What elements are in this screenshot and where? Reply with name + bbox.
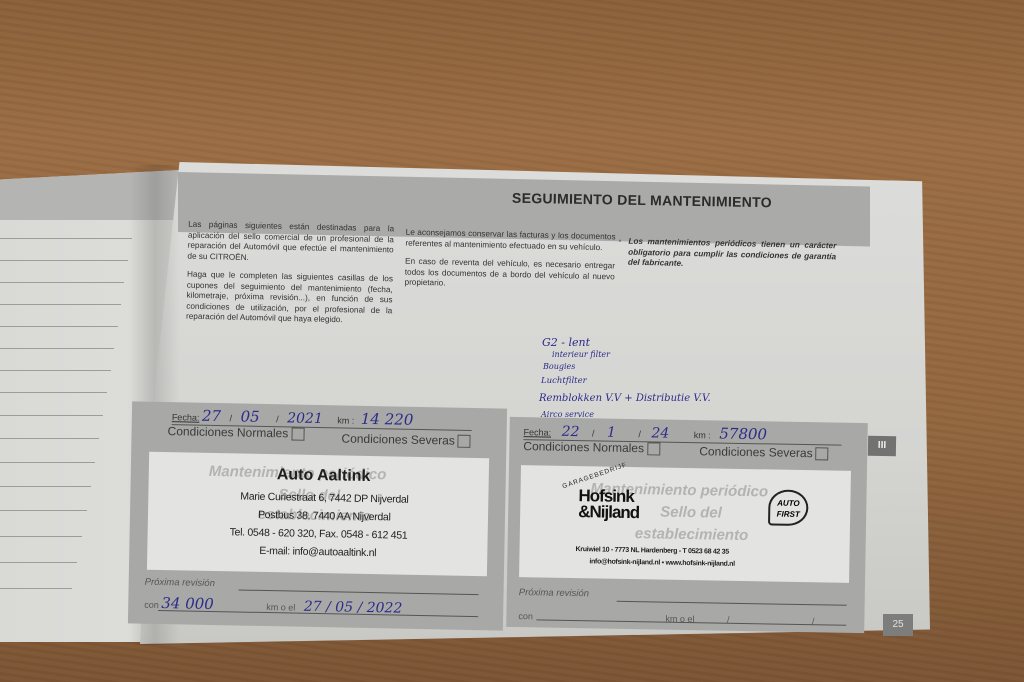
handwritten-note: G2 - lent xyxy=(542,336,590,349)
normal-conditions: Condiciones Normales xyxy=(167,424,304,441)
ruled-line xyxy=(0,326,118,327)
ruled-line xyxy=(0,536,82,537)
intro-paragraph: Le aconsejamos conservar las facturas y … xyxy=(405,228,615,254)
underline xyxy=(239,589,479,595)
intro-paragraph: Haga que le completen las siguientes cas… xyxy=(186,270,393,327)
severe-conditions-label: Condiciones Severas xyxy=(341,431,455,447)
con-label: con xyxy=(518,611,533,621)
handwritten-note: Bougies xyxy=(543,362,575,371)
date-label: Fecha: xyxy=(172,412,200,423)
next-service-row: con km o el / / xyxy=(518,607,854,629)
severe-conditions-checkbox[interactable] xyxy=(458,435,471,448)
bullet-icon: • xyxy=(618,236,621,247)
km-label: km : xyxy=(694,430,711,440)
ruled-line xyxy=(0,238,132,239)
normal-conditions-checkbox[interactable] xyxy=(291,428,304,441)
page-number: 25 xyxy=(883,614,913,636)
km-value[interactable]: 57800 xyxy=(719,425,767,444)
intro-paragraph: En caso de reventa del vehículo, es nece… xyxy=(404,257,615,293)
severe-conditions: Condiciones Severas xyxy=(341,431,471,448)
stamp-area: Mantenimiento periódico Sello del establ… xyxy=(147,452,489,577)
handwritten-note: Remblokken V.V + Distributie V.V. xyxy=(539,393,711,404)
garage-contact: info@hofsink-nijland.nl • www.hofsink-ni… xyxy=(589,558,735,568)
auto-first-badge: AUTO FIRST xyxy=(768,489,809,526)
ruled-line xyxy=(0,462,95,463)
next-service-label: Próxima revisión xyxy=(145,577,215,589)
date-label: Fecha: xyxy=(524,427,552,437)
intro-paragraph: Las páginas siguientes están destinadas … xyxy=(187,220,394,267)
date-month[interactable]: 1 xyxy=(607,425,616,441)
km-or-date-label: km o el xyxy=(266,602,295,613)
ruled-line xyxy=(0,415,103,416)
garage-address: Kruiwiel 10 - 7773 NL Hardenberg - T 052… xyxy=(575,546,728,556)
date-day[interactable]: 27 xyxy=(202,407,221,425)
handwritten-note: Luchtfilter xyxy=(541,376,587,386)
normal-conditions-checkbox[interactable] xyxy=(647,443,660,456)
severe-conditions-checkbox[interactable] xyxy=(816,448,829,461)
ruled-line xyxy=(0,260,128,261)
ruled-line xyxy=(0,510,87,511)
garage-address: Marie Curiestraat 6, 7442 DP Nijverdal xyxy=(240,491,408,506)
ruled-line xyxy=(0,486,91,487)
intro-column-2: Le aconsejamos conservar las facturas y … xyxy=(404,228,616,301)
garage-name-line-2: &Nijland xyxy=(578,504,639,521)
km-value[interactable]: 14 220 xyxy=(361,410,414,429)
ruled-line xyxy=(0,392,107,393)
garage-postbus: Postbus 38, 7440 AA Nijverdal xyxy=(258,509,391,524)
normal-conditions-label: Condiciones Normales xyxy=(167,424,288,440)
km-label: km : xyxy=(337,415,354,425)
severe-conditions-label: Condiciones Severas xyxy=(699,444,813,460)
garage-logo: Hofsink &Nijland xyxy=(578,488,640,521)
handwritten-note: interieur filter xyxy=(552,350,610,359)
watermark-text: establecimiento xyxy=(635,525,749,544)
ruled-line xyxy=(0,438,99,439)
date-month[interactable]: 05 xyxy=(240,408,259,426)
garage-email: E-mail: info@autoaaltink.nl xyxy=(259,545,376,559)
ruled-line xyxy=(0,304,121,305)
ruled-line xyxy=(0,282,124,283)
normal-conditions: Condiciones Normales xyxy=(523,439,660,456)
intro-column-1: Las páginas siguientes están destinadas … xyxy=(186,220,394,335)
date-year[interactable]: 2021 xyxy=(287,410,323,427)
con-label: con xyxy=(144,600,159,610)
garage-phone: Tel. 0548 - 620 320, Fax. 0548 - 612 451 xyxy=(230,526,408,541)
maintenance-coupon-1: Fecha: 27 / 05 / 2021 km : 14 220 Condic… xyxy=(128,401,507,630)
garage-name: Auto Aaltink xyxy=(277,466,371,486)
ruled-line xyxy=(0,370,111,371)
ruled-line xyxy=(0,562,77,563)
stamp-area: Mantenimiento periódico Sello del establ… xyxy=(519,465,851,583)
watermark-text: Sello del xyxy=(660,504,722,522)
ruled-line xyxy=(0,348,114,349)
maintenance-coupon-2: Fecha: 22 / 1 / 24 km : 57800 Condicione… xyxy=(506,417,868,633)
maintenance-booklet: SEGUIMIENTO DEL MANTENIMIENTO Las página… xyxy=(0,0,1024,682)
date-year[interactable]: 24 xyxy=(651,425,669,441)
warranty-note: Los mantenimientos periódicos tienen un … xyxy=(628,237,837,273)
section-tab: III xyxy=(868,436,896,456)
normal-conditions-label: Condiciones Normales xyxy=(523,439,644,455)
ruled-line xyxy=(0,588,72,589)
intro-column-3: • Los mantenimientos periódicos tienen u… xyxy=(628,237,837,281)
date-day[interactable]: 22 xyxy=(561,424,579,440)
severe-conditions: Condiciones Severas xyxy=(699,444,829,461)
underline xyxy=(617,601,847,606)
next-service-label: Próxima revisión xyxy=(519,587,589,599)
